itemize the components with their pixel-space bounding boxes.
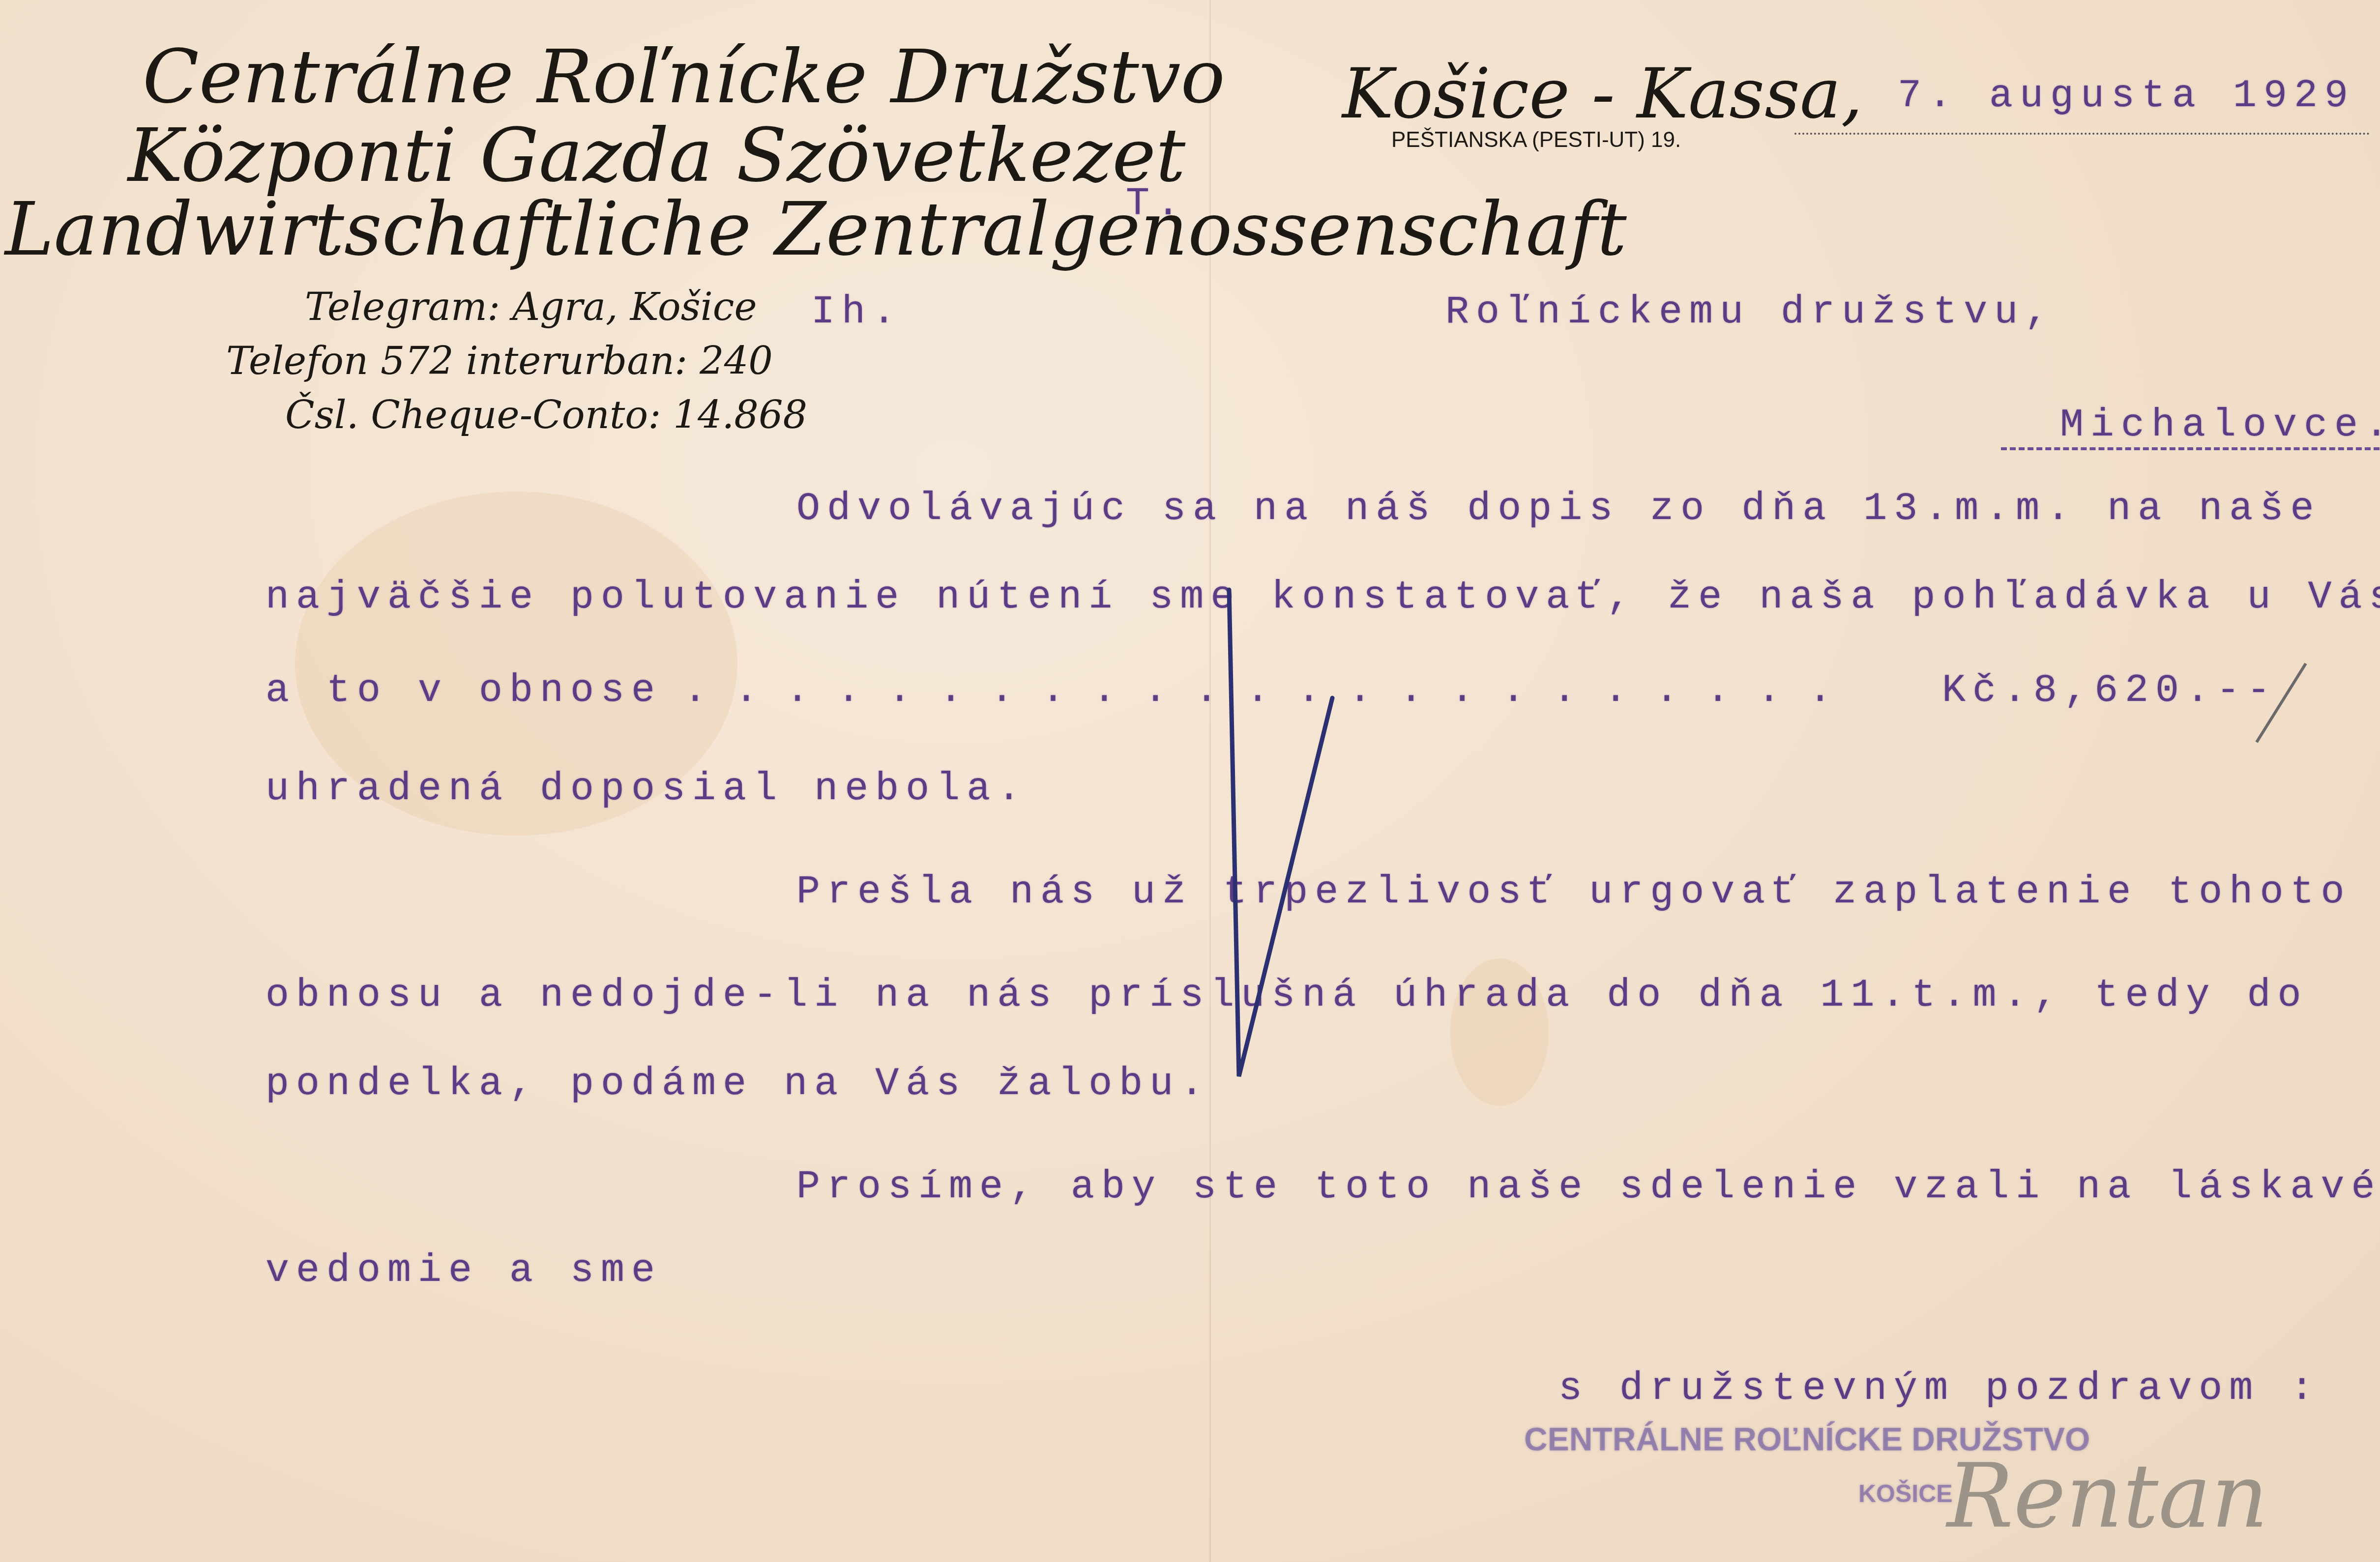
body-p3-line2: vedomie a sme bbox=[265, 1248, 662, 1293]
letterhead-city: Košice - Kassa, bbox=[1342, 54, 1863, 134]
letterhead-cheque: Čsl. Cheque-Conto: 14.868 bbox=[285, 393, 807, 437]
letterhead-telefon: Telefon 572 interurban: 240 bbox=[226, 339, 773, 383]
signature: Rentan bbox=[1947, 1445, 2268, 1548]
body-amount: Kč.8,620.-- bbox=[1942, 668, 2277, 713]
body-p3-line1: Prosíme, aby ste toto naše sdelenie vzal… bbox=[796, 1165, 2380, 1210]
body-p1-line4: uhradená doposial nebola. bbox=[265, 767, 1028, 811]
letterhead-address: PEŠTIANSKA (PESTI-UT) 19. bbox=[1391, 128, 1681, 152]
letterhead-telegram: Telegram: Agra, Košice bbox=[305, 285, 757, 329]
company-stamp-city: KOŠICE bbox=[1858, 1479, 1953, 1508]
date-line bbox=[1794, 133, 2370, 135]
recipient-name: Roľníckemu družstvu, bbox=[1445, 290, 2055, 335]
body-p2-line1: Prešla nás už trpezlivosť urgovať zaplat… bbox=[796, 870, 2351, 915]
ref-t: T. bbox=[1126, 182, 1187, 227]
body-p1-line3-label: a to v obnose bbox=[265, 668, 662, 713]
recipient-town: Michalovce. bbox=[2060, 403, 2380, 448]
pencil-tick-icon bbox=[2252, 659, 2311, 747]
recipient-underline bbox=[2001, 447, 2380, 450]
pen-checkmark-icon bbox=[1219, 580, 1347, 1091]
letterhead-line2: Központi Gazda Szövetkezet bbox=[128, 113, 1185, 199]
ref-ih: Ih. bbox=[811, 290, 903, 335]
letterhead-line1: Centrálne Roľnícke Družstvo bbox=[143, 34, 1225, 120]
closing-greeting: s družstevným pozdravom : bbox=[1558, 1366, 2321, 1411]
letter-date: 7. augusta 1929 bbox=[1898, 74, 2355, 118]
body-p2-line3: pondelka, podáme na Vás žalobu. bbox=[265, 1062, 1210, 1106]
body-p1-line1: Odvolávajúc sa na náš dopis zo dňa 13.m.… bbox=[796, 487, 2321, 531]
letterhead-line3: Landwirtschaftliche Zentralgenossenschaf… bbox=[5, 187, 1627, 272]
